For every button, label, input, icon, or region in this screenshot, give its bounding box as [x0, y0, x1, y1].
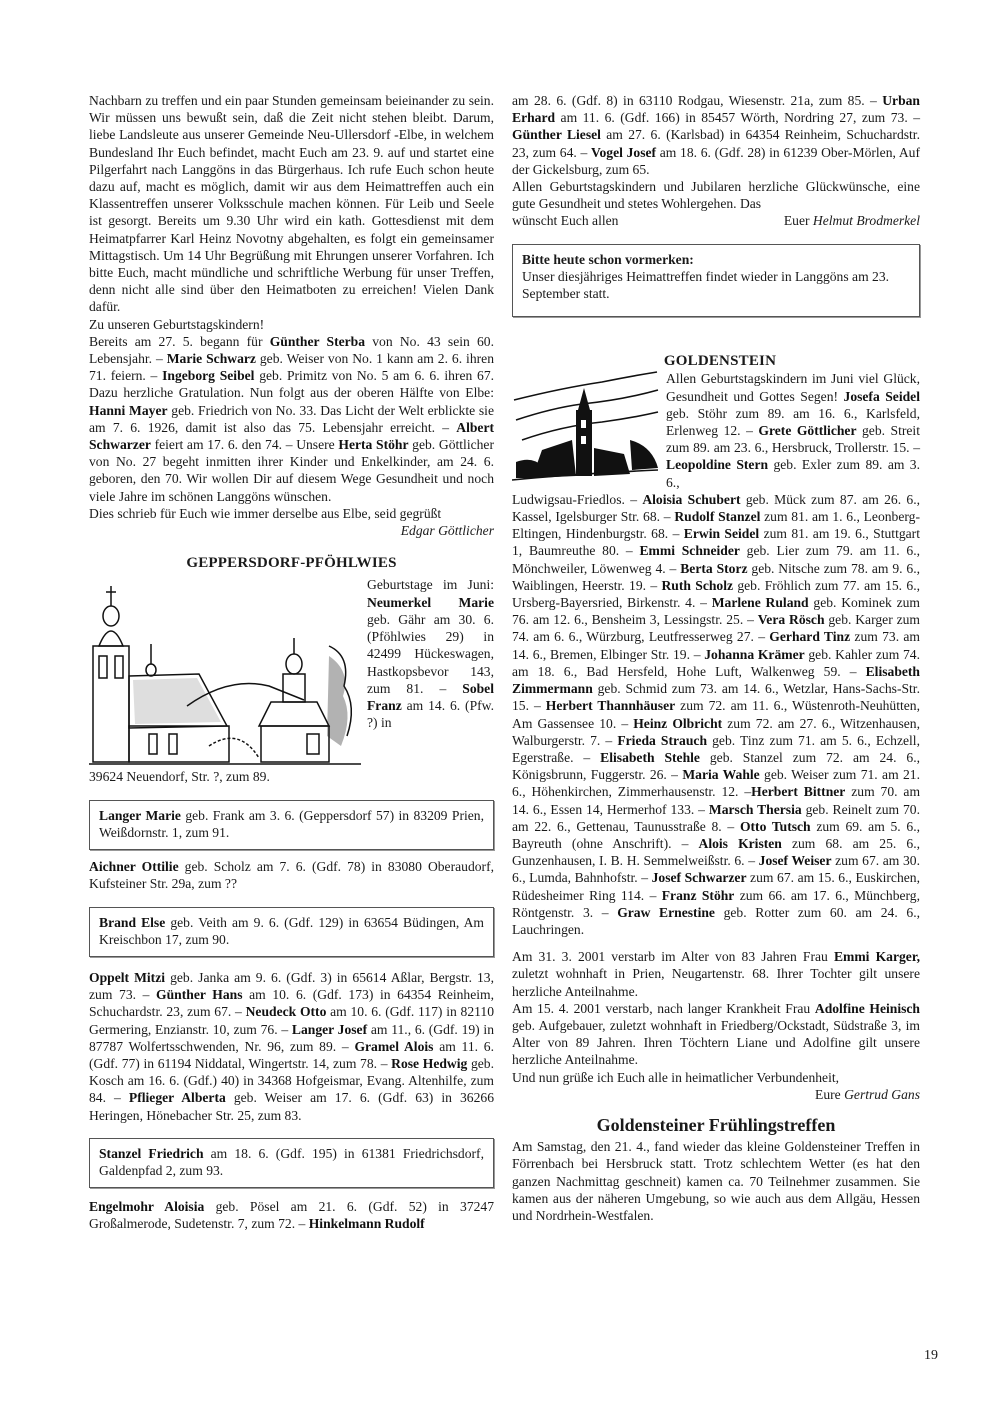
notice-title: Bitte heute schon vormerken: [522, 251, 910, 268]
geppersdorf-text: Geburtstage im Juni: Neumerkel Marie geb… [367, 576, 494, 768]
geppersdorf-continued: 39624 Neuendorf, Str. ?, zum 89. [89, 768, 494, 785]
person-name: Hanni Mayer [89, 403, 168, 418]
obituary-karger: Am 31. 3. 2001 verstarb im Alter von 83 … [512, 948, 920, 1000]
notice-box: Bitte heute schon vormerken: Unser diesj… [512, 244, 920, 318]
section-title-goldenstein: GOLDENSTEIN [512, 353, 920, 370]
highlight-box-langer-marie: Langer Marie geb. Frank am 3. 6. (Gepper… [89, 800, 494, 850]
wishes: Allen Geburtstagskindern und Jubilaren h… [512, 178, 920, 212]
signature-line-gertrud: Eure Gertrud Gans [512, 1086, 920, 1103]
notice-text: Unser diesjähriges Heimattreffen findet … [522, 268, 910, 302]
goldenstein-birthdays: Ludwigsau-Friedlos. – Aloisia Schubert g… [512, 491, 920, 938]
section-title-geppersdorf: GEPPERSDORF-PFÖHLWIES [89, 555, 494, 572]
goldenstein-block: Allen Geburtstagskindern im Juni viel Gl… [512, 370, 920, 490]
person-name: Herta Stöhr [338, 437, 408, 452]
birthday-intro: Zu unseren Geburtstagskindern! [89, 316, 494, 333]
continuation-entries: am 28. 6. (Gdf. 8) in 63110 Rodgau, Wies… [512, 92, 920, 178]
town-drawing-icon [512, 370, 660, 488]
entries-block: Oppelt Mitzi geb. Janka am 9. 6. (Gdf. 3… [89, 969, 494, 1124]
obituary-heinisch: Am 15. 4. 2001 verstarb, nach langer Kra… [512, 1000, 920, 1069]
highlight-box-brand-else: Brand Else geb. Veith am 9. 6. (Gdf. 129… [89, 907, 494, 957]
person-name: Langer Marie [99, 808, 181, 823]
intro-paragraph: Nachbarn zu treffen und ein paar Stunden… [89, 92, 494, 316]
left-column: Nachbarn zu treffen und ein paar Stunden… [89, 92, 494, 1233]
person-name: Brand Else [99, 915, 165, 930]
person-name: Aichner Ottilie [89, 859, 179, 874]
goldenstein-illustration [512, 370, 660, 490]
signature-edgar: Edgar Göttlicher [89, 522, 494, 539]
church-drawing-icon [89, 576, 361, 768]
geppersdorf-block: Geburtstage im Juni: Neumerkel Marie geb… [89, 576, 494, 768]
signature-helmut: Helmut Brodmerkel [813, 213, 920, 228]
spring-meeting-text: Am Samstag, den 21. 4., fand wieder das … [512, 1138, 920, 1224]
signature-line-helmut: wünscht Euch allen Euer Helmut Brodmerke… [512, 212, 920, 229]
right-column: am 28. 6. (Gdf. 8) in 63110 Rodgau, Wies… [512, 92, 920, 1224]
signature-gertrud: Gertrud Gans [844, 1087, 920, 1102]
person-name: Neumerkel Marie [367, 595, 494, 610]
goldenstein-text: Allen Geburtstagskindern im Juni viel Gl… [666, 370, 920, 490]
person-name: Ingeborg Seibel [162, 368, 254, 383]
heading-spring-meeting: Goldensteiner Frühlingstreffen [512, 1117, 920, 1134]
church-illustration [89, 576, 361, 768]
greeting: Und nun grüße ich Euch alle in heimatlic… [512, 1069, 920, 1086]
person-name: Günther Sterba [270, 334, 365, 349]
highlight-box-stanzel-friedrich: Stanzel Friedrich am 18. 6. (Gdf. 195) i… [89, 1138, 494, 1188]
elbe-birthdays: Bereits am 27. 5. begann für Günther Ste… [89, 333, 494, 505]
closing-line: Dies schrieb für Euch wie immer derselbe… [89, 505, 494, 522]
person-name: Stanzel Friedrich [99, 1146, 204, 1161]
person-name: Marie Schwarz [167, 351, 256, 366]
entry-last: Engelmohr Aloisia geb. Pösel am 21. 6. (… [89, 1198, 494, 1232]
page-number: 19 [924, 1348, 938, 1364]
entry-aichner: Aichner Ottilie geb. Scholz am 7. 6. (Gd… [89, 858, 494, 892]
